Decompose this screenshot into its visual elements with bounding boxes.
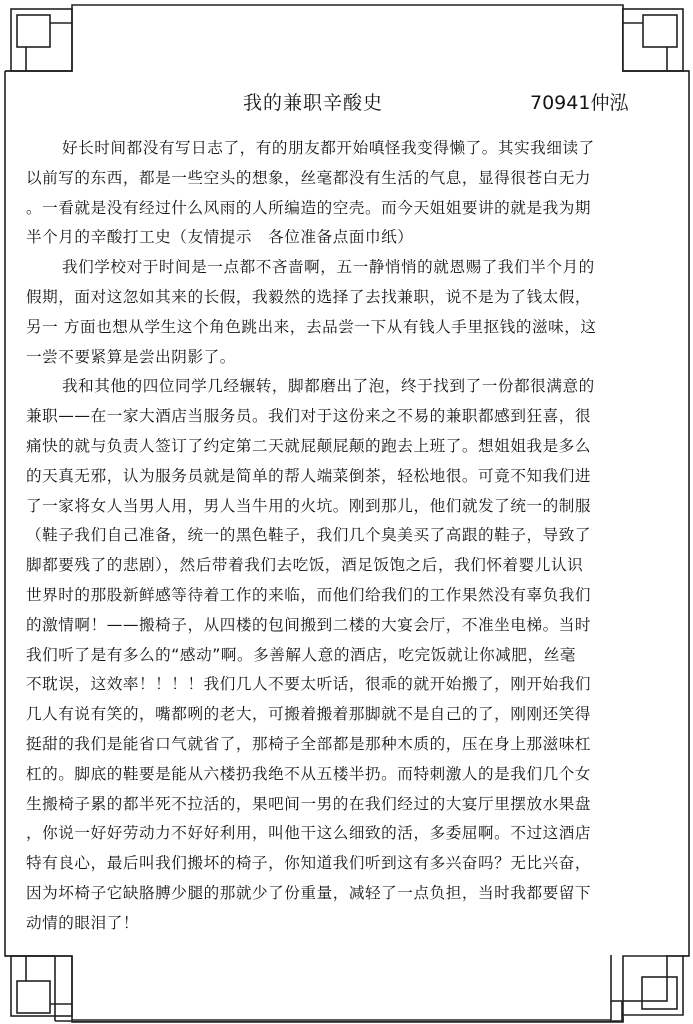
text-line: 兼职——在一家大酒店当服务员。我们对于这份来之不易的兼职都感到狂喜，很 xyxy=(26,402,668,432)
document-title: 我的兼职辛酸史 xyxy=(243,88,383,115)
text-line: 。一看就是没有经过什么风雨的人所编造的空壳。而今天姐姐要讲的就是我为期 xyxy=(26,194,668,224)
text-line: 动情的眼泪了！ xyxy=(26,909,668,939)
text-line: 挺甜的我们是能省口气就省了，那椅子全部都是那种木质的，压在身上那滋味杠 xyxy=(26,730,668,760)
text-line: 的天真无邪，认为服务员就是简单的帮人端菜倒茶，轻松地很。可竟不知我们进 xyxy=(26,462,668,492)
paragraph: 我们学校对于时间是一点都不吝啬啊，五一静悄悄的就恩赐了我们半个月的 假期，面对这… xyxy=(26,253,668,372)
text-line: ，你说一好好劳动力不好好利用，叫他干这么细致的活，多委屈啊。不过这酒店 xyxy=(26,819,668,849)
text-line: 我们学校对于时间是一点都不吝啬啊，五一静悄悄的就恩赐了我们半个月的 xyxy=(26,253,668,283)
text-line: 半个月的辛酸打工史（友情提示 各位准备点面巾纸） xyxy=(26,223,668,253)
text-line: （鞋子我们自己准备，统一的黑色鞋子，我们几个臭美买了高跟的鞋子，导致了 xyxy=(26,521,668,551)
paragraph: 我和其他的四位同学几经辗转，脚都磨出了泡，终于找到了一份都很满意的 兼职——在一… xyxy=(26,372,668,938)
document-body: 好长时间都没有写日志了，有的朋友都开始嗔怪我变得懒了。其实我细读了 以前写的东西… xyxy=(26,134,668,939)
text-line: 痛快的就与负责人签订了约定第二天就屁颠屁颠的跑去上班了。想姐姐我是多么 xyxy=(26,432,668,462)
text-line: 杠的。脚底的鞋要是能从六楼扔我绝不从五楼半扔。而特刺激人的是我们几个女 xyxy=(26,760,668,790)
paragraph: 好长时间都没有写日志了，有的朋友都开始嗔怪我变得懒了。其实我细读了 以前写的东西… xyxy=(26,134,668,253)
text-line: 我和其他的四位同学几经辗转，脚都磨出了泡，终于找到了一份都很满意的 xyxy=(26,372,668,402)
text-line: 好长时间都没有写日志了，有的朋友都开始嗔怪我变得懒了。其实我细读了 xyxy=(26,134,668,164)
text-line: 脚都要残了的悲剧），然后带着我们去吃饭，酒足饭饱之后，我们怀着婴儿认识 xyxy=(26,551,668,581)
text-line: 另一 方面也想从学生这个角色跳出来，去品尝一下从有钱人手里抠钱的滋味，这 xyxy=(26,313,668,343)
text-line: 的激情啊！——搬椅子，从四楼的包间搬到二楼的大宴会厅，不准坐电梯。当时 xyxy=(26,611,668,641)
text-line: 假期，面对这忽如其来的长假，我毅然的选择了去找兼职，说不是为了钱太假， xyxy=(26,283,668,313)
header: 我的兼职辛酸史 70941仲泓 xyxy=(0,88,693,120)
text-line: 我们听了是有多么的“感动”啊。多善解人意的酒店，吃完饭就让你减肥，丝毫 xyxy=(26,641,668,671)
text-line: 一尝不要紧算是尝出阴影了。 xyxy=(26,343,668,373)
text-line: 了一家将女人当男人用，男人当牛用的火坑。刚到那儿，他们就发了统一的制服 xyxy=(26,492,668,522)
text-line: 几人有说有笑的，嘴都咧的老大，可搬着搬着那脚就不是自己的了，刚刚还笑得 xyxy=(26,700,668,730)
text-line: 因为坏椅子它缺胳膊少腿的那就少了份重量，减轻了一点负担，当时我都要留下 xyxy=(26,879,668,909)
text-line: 生搬椅子累的都半死不拉活的，果吧间一男的在我们经过的大宴厅里摆放水果盘 xyxy=(26,790,668,820)
author-label: 70941仲泓 xyxy=(530,88,628,115)
text-line: 特有良心，最后叫我们搬坏的椅子，你知道我们听到这有多兴奋吗？无比兴奋， xyxy=(26,849,668,879)
text-line: 以前写的东西，都是一些空头的想象，丝毫都没有生活的气息，显得很苍白无力 xyxy=(26,164,668,194)
text-line: 不耽误，这效率！！！！我们几人不要太听话，很乖的就开始搬了，刚开始我们 xyxy=(26,670,668,700)
text-line: 世界时的那股新鲜感等待着工作的来临，而他们给我们的工作果然没有辜负我们 xyxy=(26,581,668,611)
